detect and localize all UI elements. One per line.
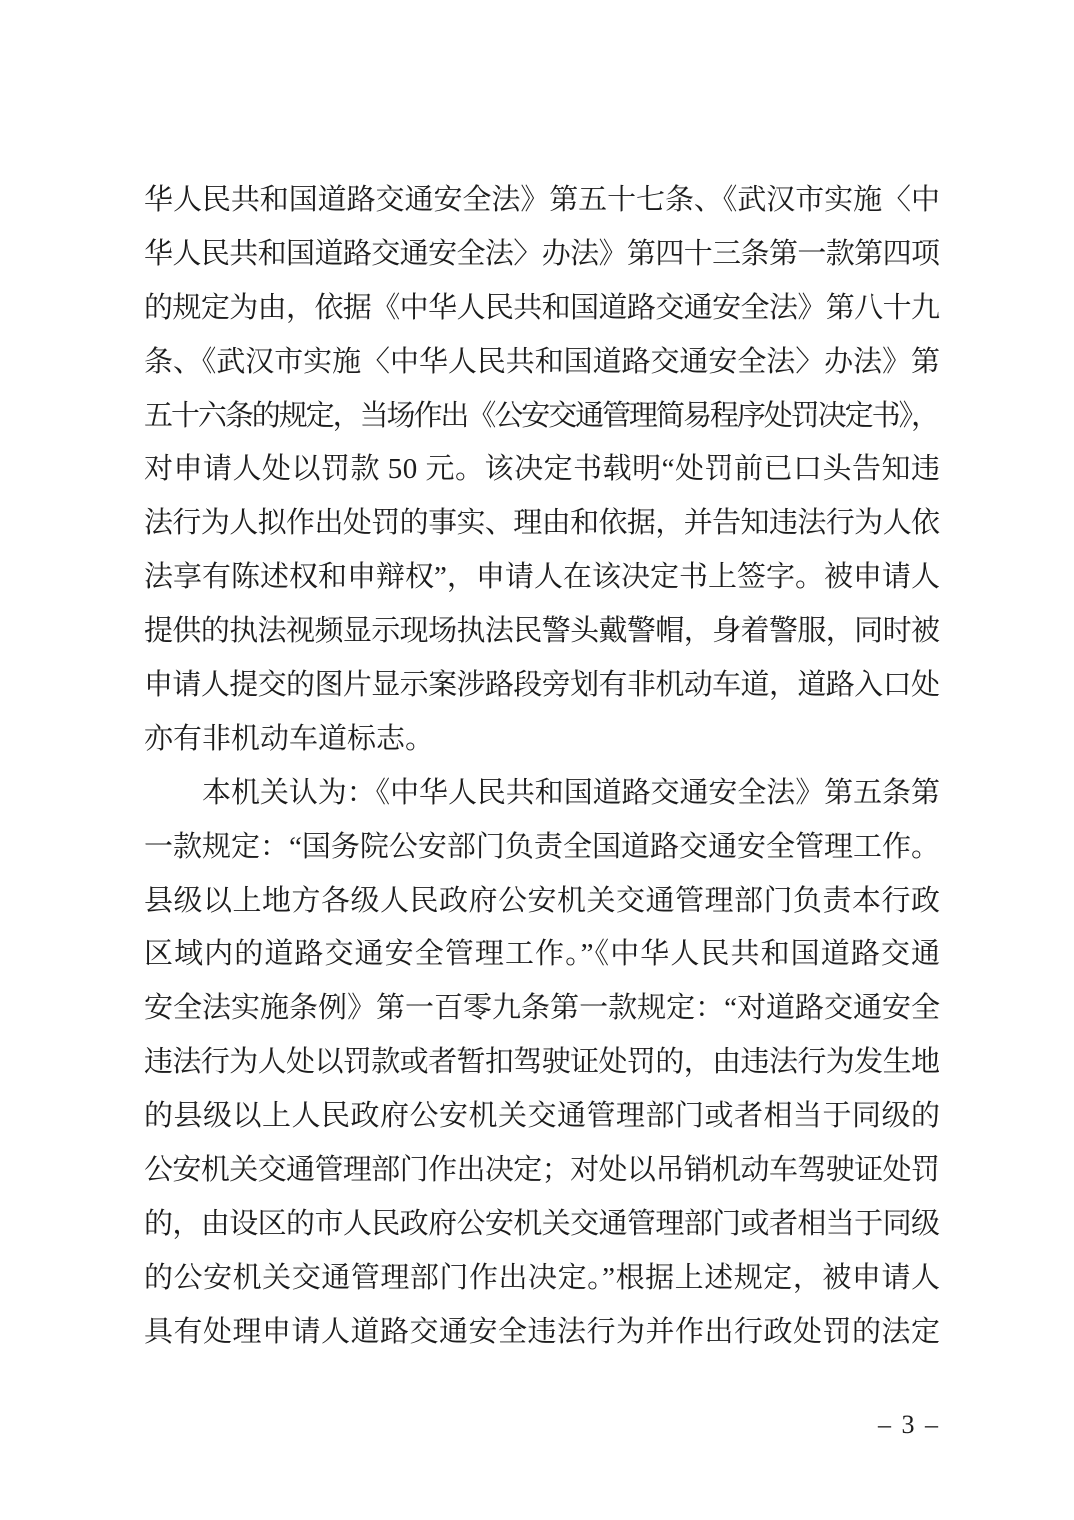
text-line-paragraph-start: 本机关认为：《中华人民共和国道路交通安全法》第五条第: [144, 767, 940, 821]
text-line-content: 法行为人拟作出处罚的事实、理由和依据，并告知违法行为人依: [144, 507, 939, 539]
text-line: 五十六条的规定，当场作出《公安交通管理简易程序处罚决定书》，: [144, 390, 940, 444]
text-line: 的公安机关交通管理部门作出决定。”根据上述规定，被申请人: [144, 1252, 940, 1306]
text-line: 的，由设区的市人民政府公安机关交通管理部门或者相当于同级: [144, 1198, 940, 1252]
text-line: 申请人提交的图片显示案涉路段旁划有非机动车道，道路入口处: [144, 659, 940, 713]
text-line: 安全法实施条例》第一百零九条第一款规定：“对道路交通安全: [144, 982, 940, 1036]
text-line: 法享有陈述权和申辩权”，申请人在该决定书上签字。被申请人: [144, 551, 940, 605]
text-line-content: 的，由设区的市人民政府公安机关交通管理部门或者相当于同级: [144, 1208, 939, 1240]
document-page: 华人民共和国道路交通安全法》第五十七条、《武汉市实施〈中 华人民共和国道路交通安…: [0, 0, 1074, 1520]
text-line-content: 本机关认为：《中华人民共和国道路交通安全法》第五条第: [202, 777, 940, 809]
text-line-content: 申请人提交的图片显示案涉路段旁划有非机动车道，道路入口处: [144, 669, 939, 701]
text-line-content: 区域内的道路交通安全管理工作。”《中华人民共和国道路交通: [144, 938, 941, 970]
text-line-content: 违法行为人处以罚款或者暂扣驾驶证处罚的，由违法行为发生地: [144, 1046, 939, 1078]
text-line-content: 对申请人处以罚款 50 元。该决定书载明“处罚前已口头告知违: [144, 453, 941, 485]
text-line-content: 的县级以上人民政府公安机关交通管理部门或者相当于同级的: [144, 1100, 941, 1132]
text-line-paragraph-end: 亦有非机动车道标志。: [144, 713, 940, 767]
text-line-content: 具有处理申请人道路交通安全违法行为并作出行政处罚的法定: [144, 1316, 941, 1348]
text-line-content: 华人民共和国道路交通安全法〉办法》第四十三条第一款第四项: [144, 238, 939, 270]
text-line-content: 县级以上地方各级人民政府公安机关交通管理部门负责本行政: [144, 885, 941, 917]
text-line-content: 条、《武汉市实施〈中华人民共和国道路交通安全法〉办法》第: [144, 346, 940, 378]
text-line-content: 的公安机关交通管理部门作出决定。”根据上述规定，被申请人: [144, 1262, 941, 1294]
text-line: 区域内的道路交通安全管理工作。”《中华人民共和国道路交通: [144, 928, 940, 982]
text-line: 对申请人处以罚款 50 元。该决定书载明“处罚前已口头告知违: [144, 443, 940, 497]
text-line: 违法行为人处以罚款或者暂扣驾驶证处罚的，由违法行为发生地: [144, 1036, 940, 1090]
text-line: 的县级以上人民政府公安机关交通管理部门或者相当于同级的: [144, 1090, 940, 1144]
text-line: 具有处理申请人道路交通安全违法行为并作出行政处罚的法定: [144, 1306, 940, 1360]
text-line-content: 一款规定：“国务院公安部门负责全国道路交通安全管理工作。: [144, 831, 940, 863]
text-line-content: 公安机关交通管理部门作出决定；对处以吊销机动车驾驶证处罚: [144, 1154, 939, 1186]
text-line: 华人民共和国道路交通安全法〉办法》第四十三条第一款第四项: [144, 228, 940, 282]
text-line: 提供的执法视频显示现场执法民警头戴警帽，身着警服，同时被: [144, 605, 940, 659]
page-number-label: – 3 –: [878, 1410, 940, 1439]
text-line: 公安机关交通管理部门作出决定；对处以吊销机动车驾驶证处罚: [144, 1144, 940, 1198]
document-body: 华人民共和国道路交通安全法》第五十七条、《武汉市实施〈中 华人民共和国道路交通安…: [144, 174, 940, 1360]
text-line-content: 提供的执法视频显示现场执法民警头戴警帽，身着警服，同时被: [144, 615, 939, 647]
text-line: 条、《武汉市实施〈中华人民共和国道路交通安全法〉办法》第: [144, 336, 940, 390]
page-number: – 3 –: [144, 1410, 940, 1440]
text-line-content: 法享有陈述权和申辩权”，申请人在该决定书上签字。被申请人: [144, 561, 940, 593]
text-line: 的规定为由，依据《中华人民共和国道路交通安全法》第八十九: [144, 282, 940, 336]
text-line-content: 的规定为由，依据《中华人民共和国道路交通安全法》第八十九: [144, 292, 939, 324]
text-line-content: 五十六条的规定，当场作出《公安交通管理简易程序处罚决定书》，: [144, 400, 938, 432]
text-line: 县级以上地方各级人民政府公安机关交通管理部门负责本行政: [144, 875, 940, 929]
text-line: 华人民共和国道路交通安全法》第五十七条、《武汉市实施〈中: [144, 174, 940, 228]
text-line-content: 亦有非机动车道标志。: [144, 723, 434, 755]
text-line-content: 安全法实施条例》第一百零九条第一款规定：“对道路交通安全: [144, 992, 940, 1024]
text-line: 一款规定：“国务院公安部门负责全国道路交通安全管理工作。: [144, 821, 940, 875]
text-line-content: 华人民共和国道路交通安全法》第五十七条、《武汉市实施〈中: [144, 184, 940, 216]
text-line: 法行为人拟作出处罚的事实、理由和依据，并告知违法行为人依: [144, 497, 940, 551]
